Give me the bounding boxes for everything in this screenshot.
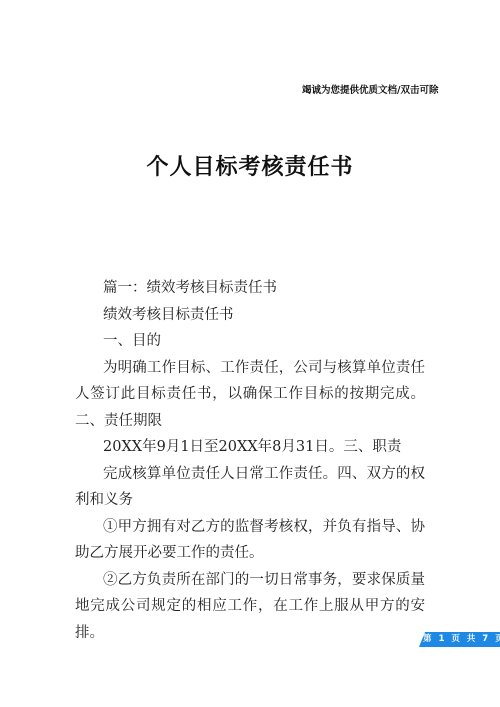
paragraph-duties: 完成核算单位责任人日常工作责任。四、双方的权利和义务 <box>75 461 425 514</box>
subtitle: 绩效考核目标责任书 <box>75 302 425 329</box>
paragraph-purpose: 为明确工作目标、工作责任，公司与核算单位责任人签订此目标责任书，以确保工作目标的… <box>75 355 425 435</box>
document-body: 篇一：绩效考核目标责任书 绩效考核目标责任书 一、目的 为明确工作目标、工作责任… <box>75 275 425 646</box>
section-purpose-heading: 一、目的 <box>75 328 425 355</box>
section-heading: 篇一：绩效考核目标责任书 <box>75 275 425 302</box>
header-note: 竭诚为您提供优质文档/双击可除 <box>302 82 438 96</box>
page-number-badge: 第 1 页 共 7 页 <box>419 632 500 647</box>
paragraph-party-b: ②乙方负责所在部门的一切日常事务，要求保质量地完成公司规定的相应工作，在工作上服… <box>75 567 425 647</box>
paragraph-party-a: ①甲方拥有对乙方的监督考核权，并负有指导、协助乙方展开必要工作的责任。 <box>75 514 425 567</box>
paragraph-term: 20XX年9月1日至20XX年8月31日。三、职责 <box>75 434 425 461</box>
document-title: 个人目标考核责任书 <box>0 150 500 181</box>
